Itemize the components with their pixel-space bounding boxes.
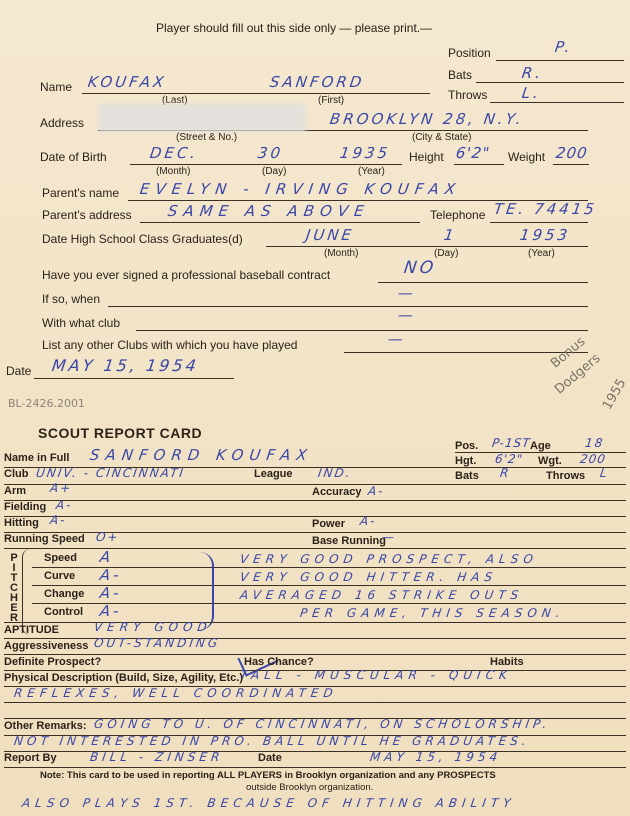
note-line-1: Note: This card to be used in reporting … <box>40 770 496 781</box>
speed-value: A <box>99 548 115 566</box>
habits-label: Habits <box>490 656 524 668</box>
date-label: Date <box>6 364 31 378</box>
league-label: League <box>254 468 293 480</box>
graduation-month-value: June <box>305 226 356 244</box>
first-caption: (First) <box>318 95 344 106</box>
pitcher-comment-line-1: Very good prospect, also <box>239 552 539 566</box>
throws-scout-value: L <box>599 466 610 480</box>
parents-name-label: Parent's name <box>42 186 119 200</box>
dob-month-caption: (Month) <box>156 166 190 177</box>
dob-year-value: 1935 <box>339 144 392 162</box>
hgt-label: Hgt. <box>455 455 476 467</box>
other-remarks-line-1: Going to U. of Cincinnati, on scholorshi… <box>93 717 551 731</box>
with-what-club-label: With what club <box>42 316 120 330</box>
arm-label: Arm <box>4 485 26 497</box>
has-chance-label: Has Chance? <box>244 656 314 668</box>
name-label: Name <box>40 80 72 94</box>
hitting-label: Hitting <box>4 517 39 529</box>
contract-value: No <box>403 258 438 278</box>
club-value: Univ. - Cincinnati <box>35 466 186 480</box>
dob-label: Date of Birth <box>40 150 107 164</box>
aptitude-value: Very good <box>93 620 213 634</box>
catalog-number: BL-2426.2001 <box>8 397 85 410</box>
pitcher-comment-line-4: per game, this season. <box>299 606 566 620</box>
graduation-day-value: 1 <box>443 226 458 244</box>
city-caption: (City & State) <box>412 132 471 143</box>
running-speed-label: Running Speed <box>4 533 85 545</box>
throws-value: L. <box>521 84 543 102</box>
pos-value: P-1st <box>491 436 531 450</box>
curve-label: Curve <box>44 570 75 582</box>
physical-description-line-1: Tall - Muscular - Quick <box>239 668 513 682</box>
report-date-label: Date <box>258 752 282 764</box>
base-running-label: Base Running <box>312 535 386 547</box>
pitcher-label: PITCHER <box>7 553 21 631</box>
speed-label: Speed <box>44 552 77 564</box>
power-value: A- <box>359 514 378 528</box>
age-label: Age <box>530 440 551 452</box>
report-by-label: Report By <box>4 752 57 764</box>
weight-label: Weight <box>508 150 545 164</box>
aggressiveness-label: Aggressiveness <box>4 640 88 652</box>
graduation-label: Date High School Class Graduates(d) <box>42 232 243 246</box>
telephone-label: Telephone <box>430 208 485 222</box>
definite-prospect-label: Definite Prospect? <box>4 656 101 668</box>
grad-month-caption: (Month) <box>324 248 358 259</box>
other-clubs-label: List any other Clubs with which you have… <box>42 338 297 352</box>
name-last-value: Koufax <box>87 73 168 91</box>
height-value: 6'2" <box>455 144 492 162</box>
report-by-value: Bill - Zinser <box>89 750 224 764</box>
weight-value: 200 <box>555 144 589 162</box>
dob-month-value: Dec. <box>149 144 200 162</box>
date-value: May 15, 1954 <box>51 356 201 375</box>
fielding-label: Fielding <box>4 501 46 513</box>
base-running-value: — <box>381 530 397 544</box>
aptitude-label: APTITUDE <box>4 624 59 636</box>
dob-day-caption: (Day) <box>262 166 286 177</box>
league-value: Ind. <box>317 466 353 480</box>
street-caption: (Street & No.) <box>176 132 237 143</box>
pitcher-comment-line-2: very good hitter. Has <box>239 570 498 584</box>
grad-year-caption: (Year) <box>528 248 555 259</box>
power-label: Power <box>312 518 345 530</box>
contract-label: Have you ever signed a professional base… <box>42 268 330 282</box>
age-value: 18 <box>584 436 605 450</box>
fielding-value: A- <box>55 498 74 512</box>
control-label: Control <box>44 606 83 618</box>
dob-year-caption: (Year) <box>358 166 385 177</box>
position-label: Position <box>448 46 491 60</box>
address-city-value: Brooklyn 28, N.Y. <box>329 110 525 128</box>
change-label: Change <box>44 588 84 600</box>
height-label: Height <box>409 150 444 164</box>
address-label: Address <box>40 116 84 130</box>
player-instructions-header: Player should fill out this side only — … <box>156 21 432 35</box>
other-remarks-line-2: Not interested in pro. ball until he gra… <box>13 734 531 748</box>
telephone-value: TE. 74415 <box>493 200 598 218</box>
physical-description-label: Physical Description (Build, Size, Agili… <box>4 672 243 684</box>
pitcher-comment-line-3: averaged 16 strike outs <box>239 588 524 602</box>
throws-label: Throws <box>448 88 487 102</box>
aggressiveness-value: Out-standing <box>93 636 221 650</box>
with-what-club-value: — <box>397 306 418 324</box>
bats-value: R. <box>521 64 545 82</box>
physical-description-line-2: reflexes, well coordinated <box>13 686 339 700</box>
wgt-value: 200 <box>579 452 607 466</box>
accuracy-label: Accuracy <box>312 486 362 498</box>
graduation-year-value: 1953 <box>519 226 572 244</box>
club-label: Club <box>4 468 28 480</box>
grad-day-caption: (Day) <box>434 248 458 259</box>
footer-handwritten-note: Also plays 1st. because of hitting abili… <box>21 796 516 810</box>
throws-scout-label: Throws <box>546 470 585 482</box>
running-speed-value: O+ <box>95 530 120 544</box>
address-street-redacted <box>98 104 306 132</box>
bats-scout-label: Bats <box>455 470 479 482</box>
scout-card-title: SCOUT REPORT CARD <box>38 425 202 441</box>
curve-value: A- <box>99 566 123 584</box>
accuracy-value: A- <box>367 484 386 498</box>
parents-address-value: Same as above <box>167 202 371 220</box>
bats-scout-value: R <box>499 466 511 480</box>
name-in-full-value: Sanford Koufax <box>89 446 314 464</box>
position-value: P. <box>554 38 574 56</box>
control-value: A- <box>99 602 123 620</box>
hitting-value: A- <box>49 513 68 527</box>
bats-label: Bats <box>448 68 472 82</box>
wgt-label: Wgt. <box>538 455 562 467</box>
other-clubs-value: — <box>387 330 408 348</box>
report-date-value: May 15, 1954 <box>369 750 502 764</box>
hgt-value: 6'2" <box>494 452 524 466</box>
pos-label: Pos. <box>455 440 478 452</box>
stamp-year: 1955 <box>600 376 630 412</box>
handwritten-brace <box>200 552 214 630</box>
name-in-full-label: Name in Full <box>4 452 69 464</box>
parents-name-value: Evelyn - Irving Koufax <box>139 180 463 198</box>
note-line-2: outside Brooklyn organization. <box>246 782 373 793</box>
parents-address-label: Parent's address <box>42 208 132 222</box>
arm-value: A+ <box>49 481 73 495</box>
dob-day-value: 30 <box>257 144 285 162</box>
name-first-value: Sanford <box>269 73 366 91</box>
if-so-when-value: — <box>397 284 418 302</box>
scout-report-card-document: Player should fill out this side only — … <box>0 0 630 816</box>
other-remarks-label: Other Remarks: <box>4 720 87 732</box>
if-so-when-label: If so, when <box>42 292 100 306</box>
change-value: A- <box>99 584 123 602</box>
